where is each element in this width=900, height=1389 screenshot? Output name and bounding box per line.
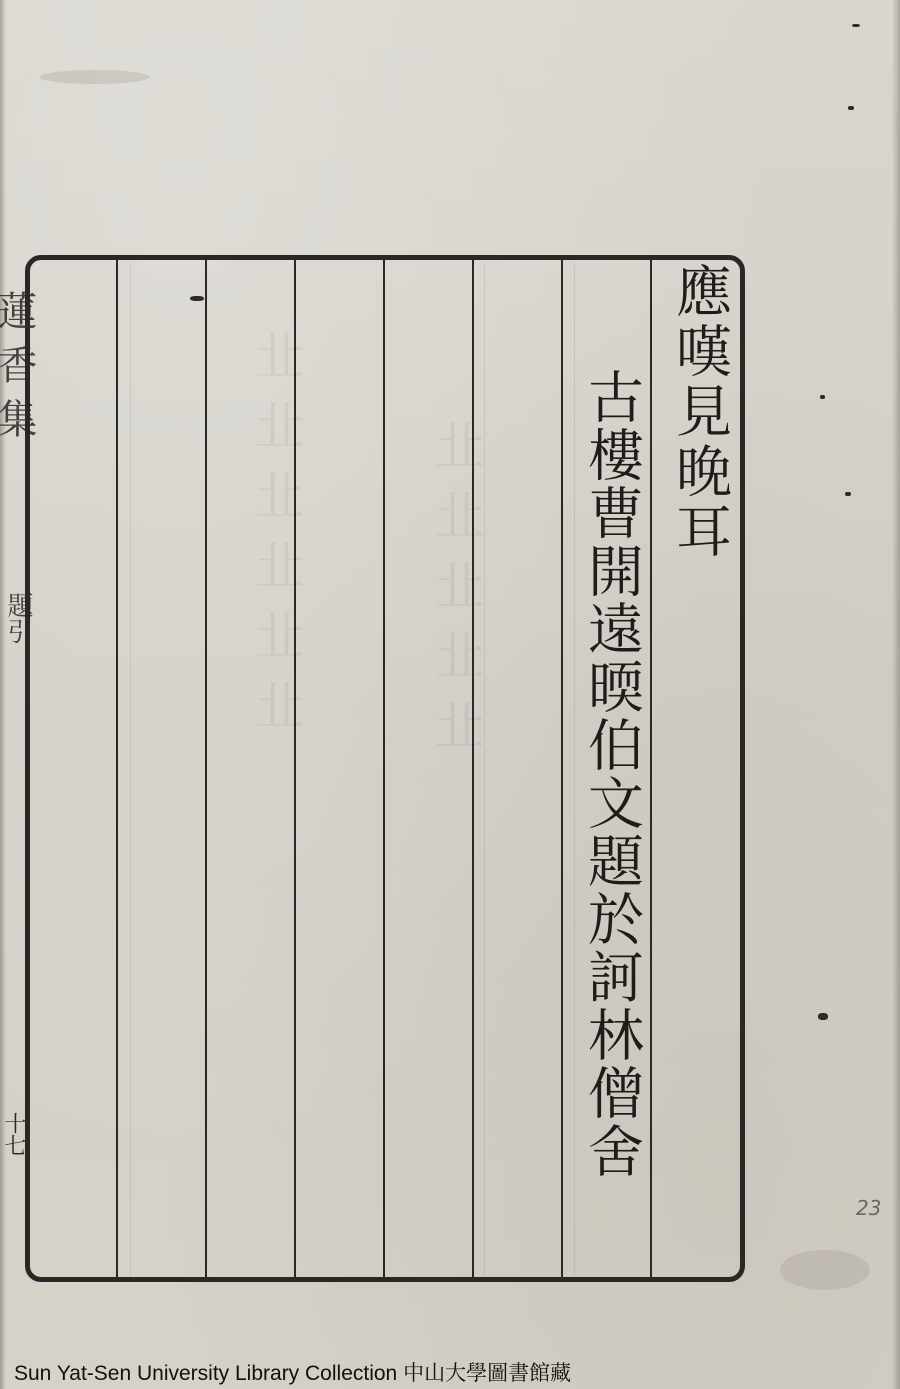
column-rule xyxy=(205,260,207,1280)
column-rule xyxy=(294,260,296,1280)
text-column-1: 應嘆見晚耳 xyxy=(664,262,734,562)
faint-guide-line xyxy=(484,262,485,1278)
ink-speck xyxy=(845,492,851,496)
page-edge-shadow-right xyxy=(892,0,900,1389)
margin-page-number: 十七 xyxy=(2,1112,24,1156)
paper-stain xyxy=(40,70,150,84)
column-rule xyxy=(650,260,652,1280)
column-rule xyxy=(383,260,385,1280)
library-watermark: Sun Yat-Sen University Library Collectio… xyxy=(14,1357,571,1387)
paper-stain xyxy=(780,1250,870,1290)
column-rule xyxy=(561,260,563,1280)
scanned-book-page: 㐀㐀㐀㐀㐀㐀 㐀㐀㐀㐀㐀 蓮香集 題引 十七 應嘆見晚耳 古樓曹開遠㬉伯文題於訶… xyxy=(0,0,900,1389)
page-edge-shadow-left xyxy=(0,0,6,1389)
watermark-chinese: 中山大學圖書館藏 xyxy=(403,1361,571,1385)
watermark-english: Sun Yat-Sen University Library Collectio… xyxy=(14,1362,397,1385)
ink-speck xyxy=(848,106,854,110)
ink-speck xyxy=(852,24,860,27)
text-column-2: 古樓曹開遠㬉伯文題於訶林僧舍 xyxy=(576,368,646,1180)
column-rule xyxy=(472,260,474,1280)
ink-speck xyxy=(818,1013,828,1020)
faint-guide-line xyxy=(130,262,131,1278)
faint-guide-line xyxy=(574,262,575,1278)
ink-speck xyxy=(820,395,825,399)
handwritten-folio-number: 23 xyxy=(856,1196,881,1220)
column-rule xyxy=(116,260,118,1280)
